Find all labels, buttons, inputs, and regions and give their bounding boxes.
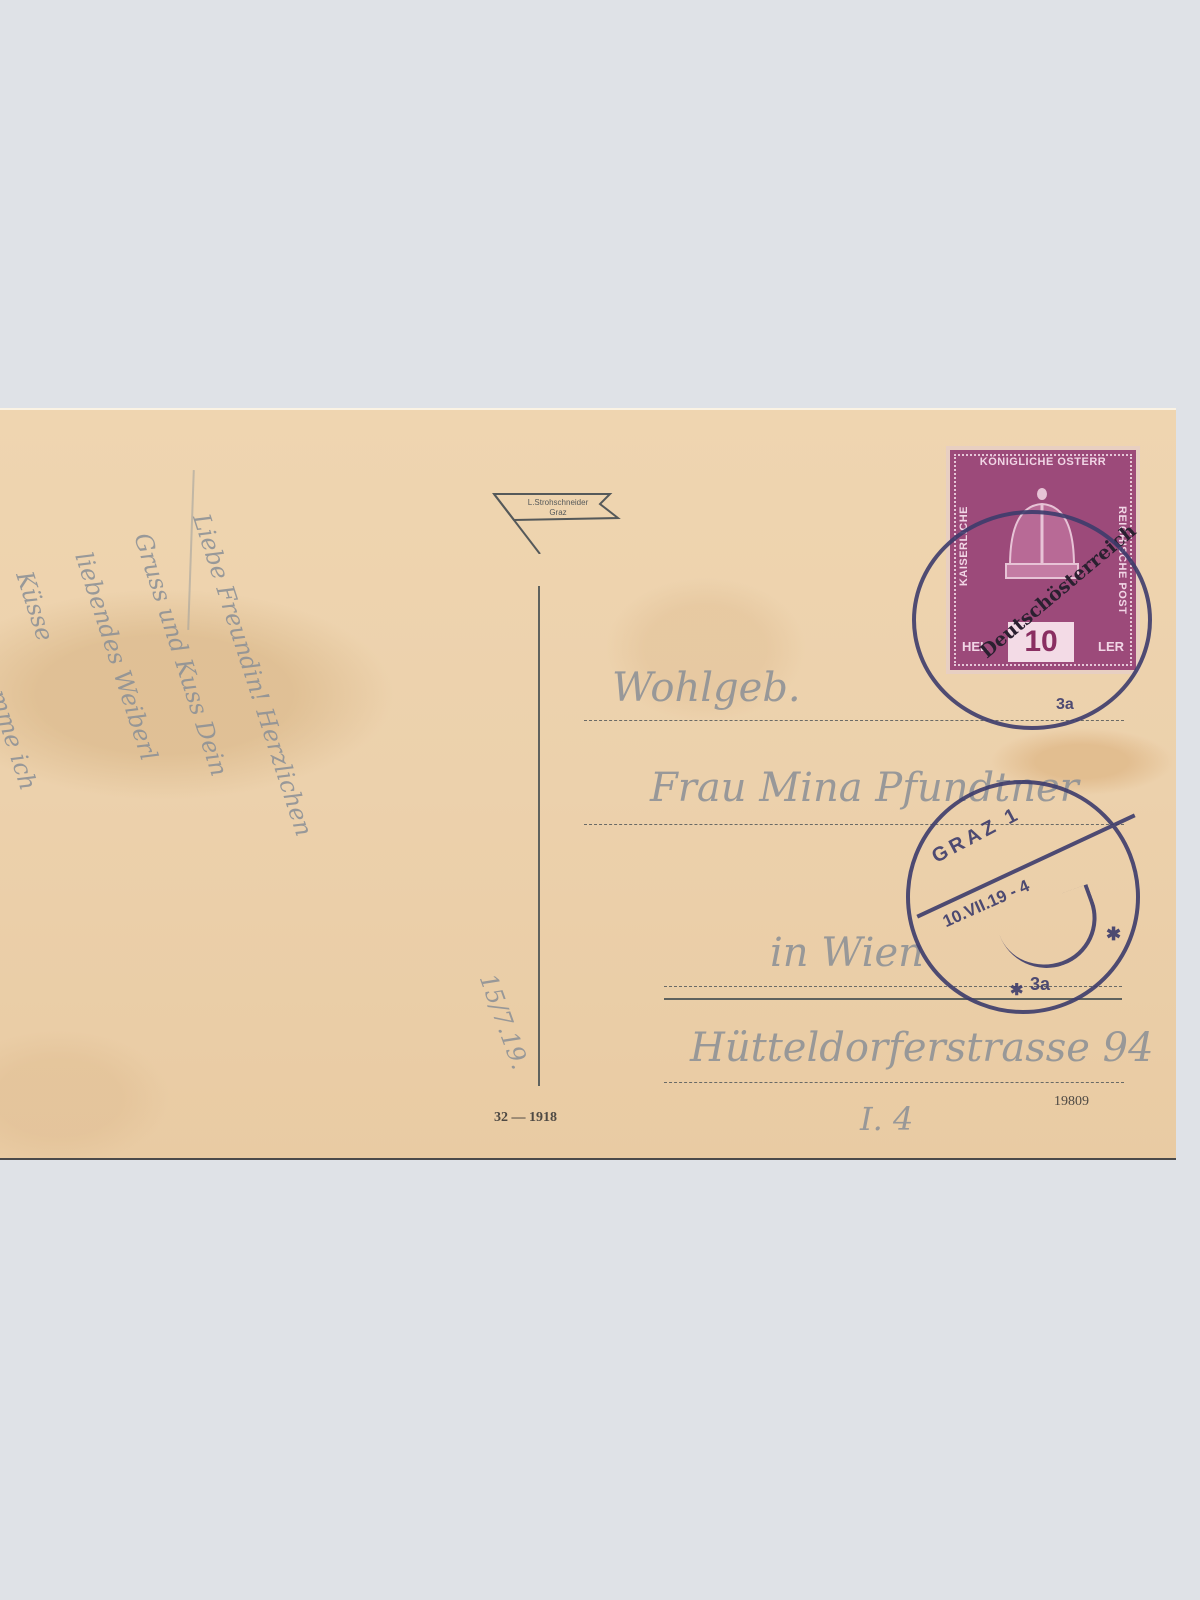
vertical-divider [538, 586, 540, 1086]
postmark-bar [916, 813, 1135, 918]
postmark-on-stamp: 3a [912, 510, 1152, 730]
postcard: L.Strohschneider Graz Liebe Freundin! He… [0, 408, 1176, 1160]
postmark-city: GRAZ 1 [928, 802, 1025, 868]
postmark-star-icon: ✱ [1010, 980, 1023, 1000]
publisher-name: L.Strohschneider [510, 498, 606, 508]
postmark-graz: GRAZ 1 10.VII.19 - 4 3a ✱ ✱ [906, 780, 1140, 1014]
publisher-flag-mark: L.Strohschneider Graz [492, 492, 622, 552]
print-code-right: 19809 [1054, 1094, 1089, 1110]
handwritten-message: Liebe Freundin! Herzlichen Gruss und Kus… [0, 505, 403, 1133]
message-date: 15/7.19. [474, 970, 534, 1073]
postmark-star-icon: ✱ [1106, 924, 1121, 945]
postmark-code: 3a [1056, 696, 1074, 714]
address-line-4 [664, 1082, 1124, 1083]
address-salutation: Wohlgeb. [612, 665, 801, 711]
address-district-note: I. 4 [860, 1100, 913, 1138]
stamp-top-text: KÖNIGLICHE OSTERR [946, 456, 1140, 468]
address-city: in Wien [770, 930, 924, 976]
address-street: Hütteldorferstrasse 94 [690, 1025, 1154, 1071]
postmark-code: 3a [1030, 974, 1050, 995]
print-code-left: 32 — 1918 [494, 1110, 557, 1126]
publisher-city: Graz [510, 508, 606, 518]
